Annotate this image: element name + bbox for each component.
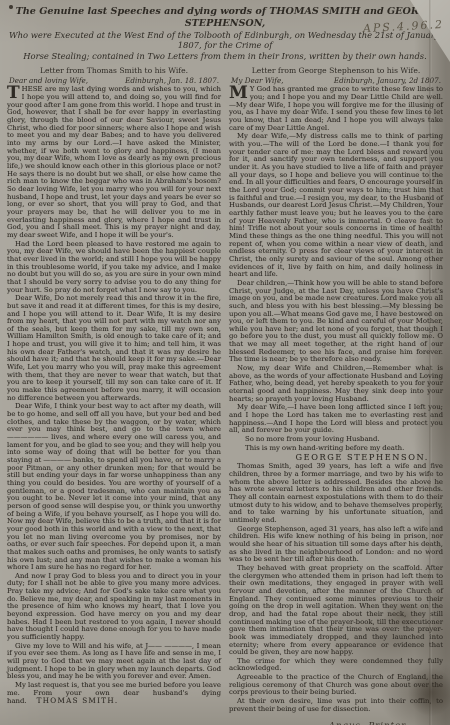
letter-paragraph: And now I pray God to bless you and to d… <box>7 573 221 642</box>
fold-crease <box>429 0 432 725</box>
paper-stain <box>382 598 426 632</box>
left-letter-text: THESE are my last dying words and wishes… <box>7 86 221 706</box>
drop-cap-initial: T <box>7 86 22 101</box>
letter-paragraph: Dear children,—Think how you will be abl… <box>229 280 443 364</box>
letter-paragraph: Dear Wife, I think your best way to act … <box>7 403 221 571</box>
letter-paragraph: This is my own hand-writing before my de… <box>229 445 443 453</box>
masthead-subtitle-2: Horse Stealing; contained in Two Letters… <box>0 51 450 62</box>
letter-paragraph: Give my love to Will and his wife, at J—… <box>7 643 221 681</box>
letter-column-left: Letter from Thomas Smith to his Wife. De… <box>7 64 221 725</box>
drop-cap-initial: M <box>229 86 250 101</box>
paper-stain <box>408 668 450 716</box>
letter-paragraph: George Stephenson, aged 31 years, has al… <box>229 526 443 564</box>
printer-imprint: Angus, Printer. <box>229 721 443 725</box>
letter-paragraph: So no more from your loving Husband. <box>229 436 443 444</box>
letter-paragraph: THESE are my last dying words and wishes… <box>7 86 221 239</box>
letter-paragraph: Now, my dear Wife and Children,—Remember… <box>229 365 443 403</box>
right-letter-heading: Letter from George Stephenson to his Wif… <box>229 66 443 75</box>
two-column-body: Letter from Thomas Smith to his Wife. De… <box>0 61 450 725</box>
letter-paragraph: The crime for which they were condemned … <box>229 658 443 673</box>
letter-paragraph: My last request is, that you see me buri… <box>7 682 221 706</box>
letter-paragraph: Thomas Smith, aged 39 years, has left a … <box>229 463 443 524</box>
signature: THOMAS SMITH. <box>27 696 119 705</box>
ink-speck <box>9 5 13 9</box>
letter-paragraph: Dear Wife, Do not merely read this and t… <box>7 295 221 402</box>
broadside-sheet: APS.4.96.2 The Genuine last Speeches and… <box>0 0 450 725</box>
letter-paragraph: Had the Lord been pleased to have restor… <box>7 241 221 295</box>
left-letter-heading: Letter from Thomas Smith to his Wife. <box>7 66 221 75</box>
letter-paragraph: My dear Wife,—I have been long afflicted… <box>229 404 443 435</box>
letter-paragraph: My dear Wife,—My distress calls me to th… <box>229 133 443 278</box>
letter-paragraph: MY God has granted me grace to write the… <box>229 86 443 132</box>
